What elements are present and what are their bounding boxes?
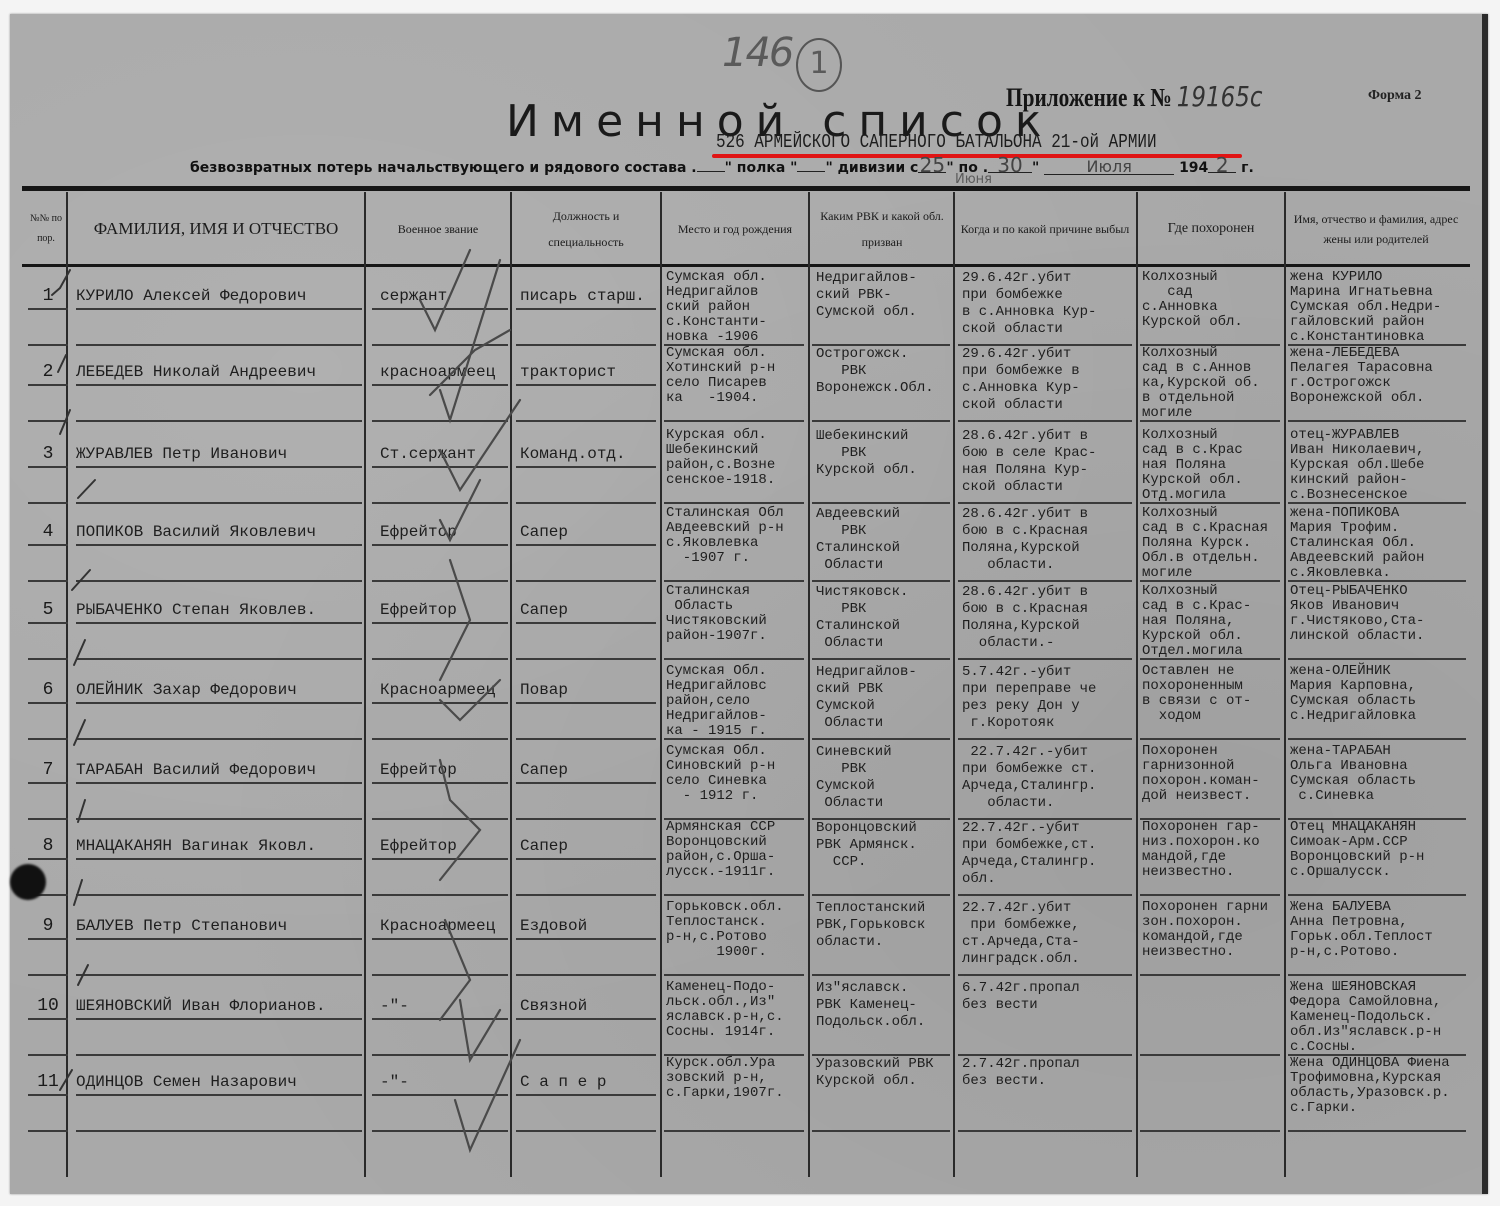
pencil-check-marks	[0, 0, 1500, 1206]
